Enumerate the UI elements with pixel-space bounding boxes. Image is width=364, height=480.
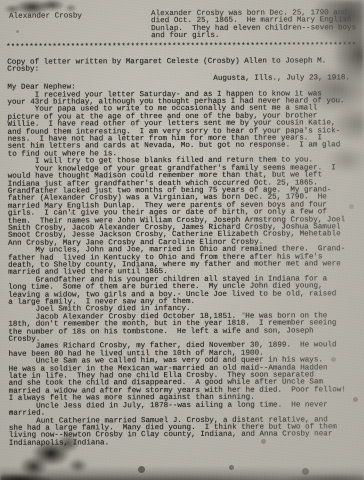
subject-name-label: Alexander Crosby xyxy=(9,11,151,41)
letter-paragraph: Uncle Sam as we called him, was very odd… xyxy=(9,357,363,403)
letter-heading: Copy of letter written by Margaret Celes… xyxy=(7,58,361,74)
letter-paragraph: Jacob Alexander Crosby died October 18,1… xyxy=(8,313,362,344)
scanned-letter-page: Alexander Crosby Alexander Crosby was bo… xyxy=(0,0,364,480)
letter-paragraph: Aunt Catherine married Samuel J. Crosby,… xyxy=(9,417,363,448)
asterisk-divider: ****************************************… xyxy=(6,43,356,52)
subject-summary: Alexander Crosby was born Dec. 25, 1790 … xyxy=(151,10,359,41)
letter-paragraph: Your knowledge of your great grandfather… xyxy=(8,165,362,248)
letter-paragraph: Your papa used to write to me occasional… xyxy=(7,106,361,159)
letter-paragraph: My uncles, John and Joe, married in Ohio… xyxy=(8,246,362,277)
letter-body: Copy of letter written by Margaret Celes… xyxy=(7,58,363,448)
typewritten-text-layer: Alexander Crosby Alexander Crosby was bo… xyxy=(0,0,364,480)
genealogy-header-note: Alexander Crosby Alexander Crosby was bo… xyxy=(9,10,359,41)
letter-paragraph: Grandfather and his younger children all… xyxy=(8,276,362,307)
